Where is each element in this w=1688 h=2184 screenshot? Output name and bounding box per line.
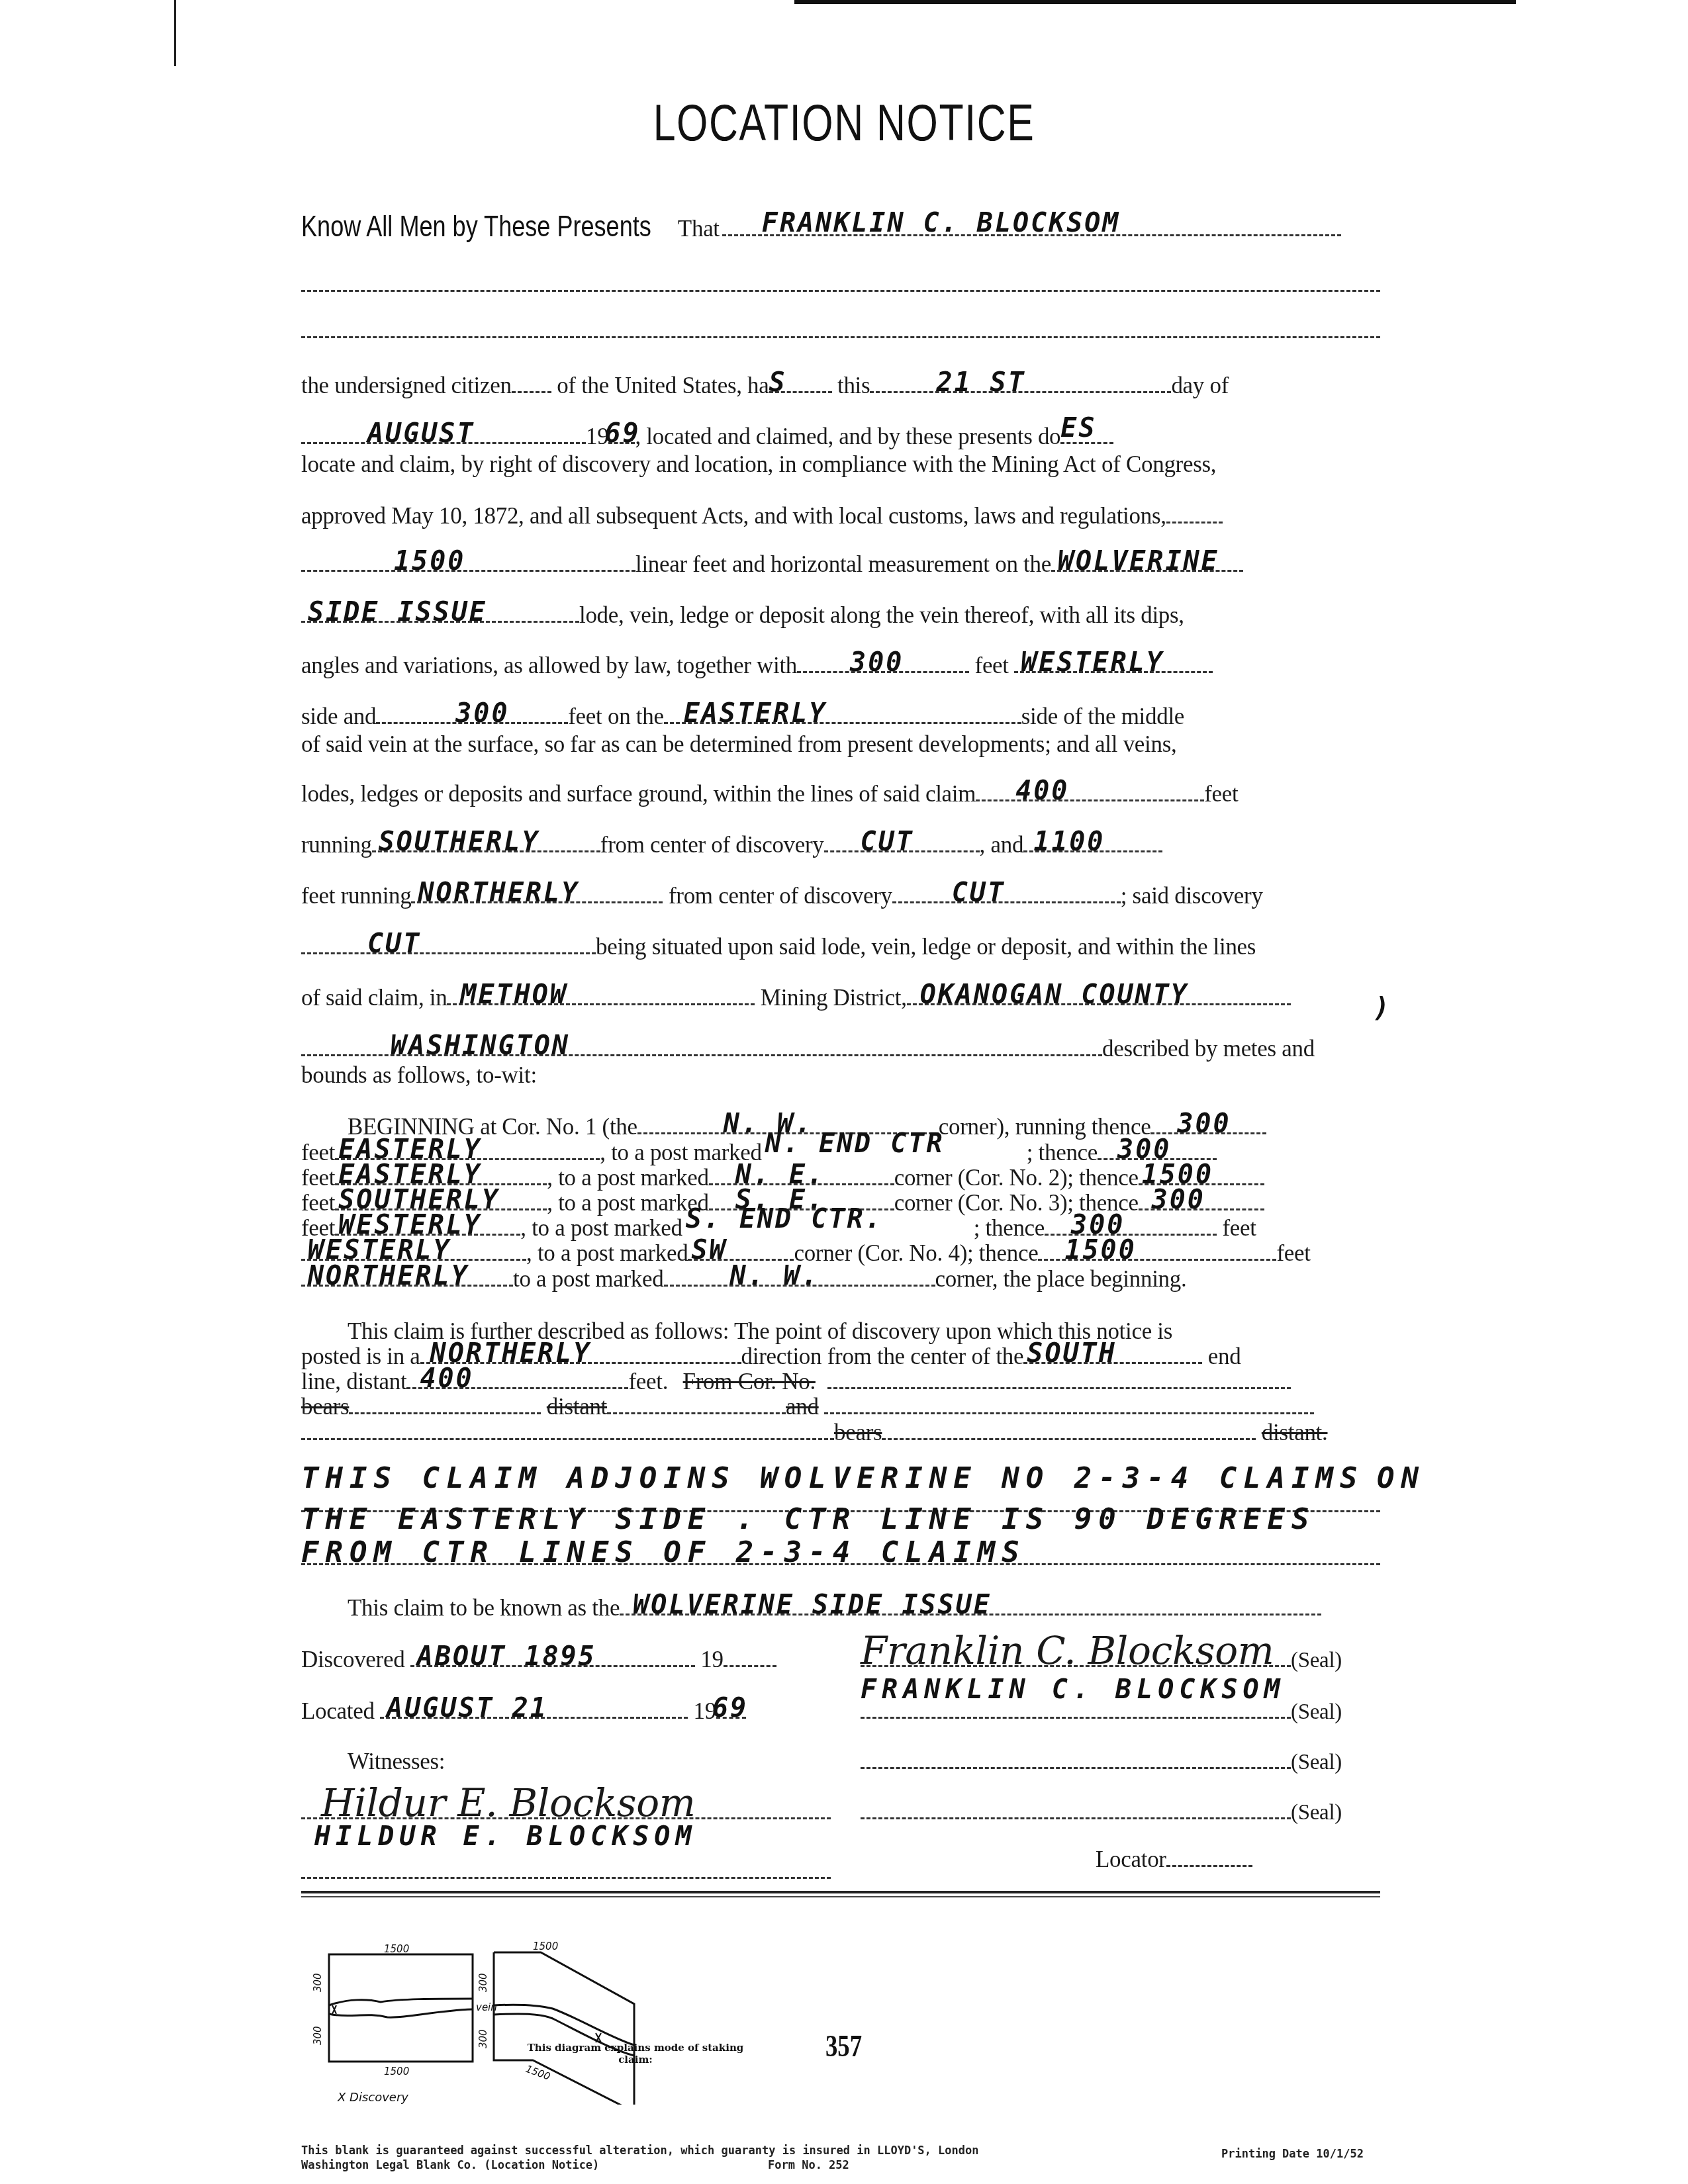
diagram-side-upper: 300 [312,1973,324,1992]
printing-date: Printing Date 10/1/52 [1221,2148,1364,2161]
located-year-field[interactable]: 69 [716,1698,746,1725]
para-line: lodes, ledges or deposits and surface gr… [301,781,1238,807]
staking-diagram: 1500 1500 300 300 vein 1500 1500 300 300… [301,1906,1029,2105]
note-line-1: THIS CLAIM ADJOINS WOLVERINE NO 2-3-4 CL… [301,1461,1364,1495]
locator-signature: Franklin C. Blocksom [861,1628,1274,1673]
discovery-legend: X Discovery [337,2091,408,2105]
para-line: AUGUST1969, located and claimed, and by … [301,424,1113,450]
metes-dir-field[interactable]: NORTHERLY [301,1266,513,1293]
para-line: of said claim, inMETHOW Mining District,… [301,985,1291,1011]
witness-printed-name: HILDUR E. BLOCKSOM [314,1821,696,1852]
para-line: side and300feet on theEASTERLYside of th… [301,704,1184,730]
metes-mark-field[interactable]: N. W. [664,1266,935,1293]
locator-line: Locator [1096,1846,1252,1873]
section-divider [301,1891,1380,1893]
run-feet-field-2[interactable]: 1100 [1023,832,1162,858]
discovery-field-2[interactable]: CUT [892,883,1121,909]
para-line: angles and variations, as allowed by law… [301,653,1213,679]
vein-lower [329,2009,473,2017]
page-title: LOCATION NOTICE [186,93,1503,153]
blank-rule [301,1563,1380,1565]
further-line: line, distant400feet. From Cor. No. [301,1369,1291,1395]
has-suffix-field[interactable]: S [769,373,832,399]
note-line-2: THE EASTERLY SIDE . CTR LINE IS 90 DEGRE… [301,1502,1316,1536]
discovered-field[interactable]: ABOUT 1895 [410,1647,695,1673]
run-feet-field-1[interactable]: 400 [976,781,1204,807]
lead-line: Know All Men by These Presents That FRAN… [301,210,1341,244]
section-divider [301,1896,1380,1897]
signature-line-4[interactable]: (Seal) [861,1799,1342,1825]
discovery-field-1[interactable]: CUT [824,832,980,858]
lead-printed: Know All Men by These Presents [301,210,651,244]
blank-rule [301,336,1380,338]
para-line: the undersigned citizen of the United St… [301,373,1229,399]
side-dir-field-2[interactable]: EASTERLY [664,704,1021,730]
witness-line-2[interactable] [301,1858,831,1885]
year-field[interactable]: 69 [608,424,635,450]
signature-line-3[interactable]: (Seal) [861,1749,1342,1775]
scan-edge-line [174,0,176,66]
claim-name-field[interactable]: WOLVERINE SIDE ISSUE [620,1595,1321,1621]
side-feet-field-2[interactable]: 300 [376,704,568,730]
run-dir-field-2[interactable]: NORTHERLY [411,883,663,909]
para-line: bounds as follows, to-wit: [301,1062,537,1089]
diagram-right-bottom-length: 1500 [524,2063,552,2083]
diagram-right-top-length: 1500 [533,1940,558,1952]
run-dir-field-1[interactable]: SOUTHERLY [372,832,600,858]
para-line: approved May 10, 1872, and all subsequen… [301,503,1223,529]
county-bracket: ) [1374,993,1391,1023]
para-line: CUTbeing situated upon said lode, vein, … [301,934,1256,960]
side-dir-field-1[interactable]: WESTERLY [1014,653,1213,679]
diagram-right-side-lower: 300 [477,2029,489,2048]
claim-rectangle [329,1954,473,2062]
discovery-field-3[interactable]: CUT [301,934,596,960]
located-line: Located AUGUST 21 1969 [301,1698,746,1725]
page-number: 357 [825,2028,862,2064]
mining-district-field[interactable]: METHOW [447,985,755,1011]
known-as-line: This claim to be known as theWOLVERINE S… [348,1595,1321,1621]
lead-that: That [678,216,720,242]
county-field[interactable]: OKANOGAN COUNTY [907,985,1291,1011]
witness-signature: Hildur E. Blocksom [321,1780,696,1825]
diagram-caption: This diagram explains mode of staking cl… [523,2042,748,2066]
metes-dist-field[interactable]: 1500 [1038,1240,1276,1267]
para-line: of said vein at the surface, so far as c… [301,731,1176,758]
further-line: bears distant. [301,1420,1328,1446]
guarantee-text: This blank is guaranteed against success… [301,2144,979,2158]
state-field[interactable]: WASHINGTON [301,1036,1102,1062]
locator-name-field[interactable]: FRANKLIN C. BLOCKSOM [722,228,1341,240]
publisher-text: Washington Legal Blank Co. (Location Not… [301,2159,599,2172]
discovery-distance-field[interactable]: 400 [406,1369,628,1395]
para-line: 1500linear feet and horizontal measureme… [301,551,1243,578]
diagram-bottom-length: 1500 [384,2066,409,2077]
day-field[interactable]: 21 ST [870,373,1171,399]
discovered-line: Discovered ABOUT 1895 19 [301,1647,776,1673]
metes-dist-field[interactable]: 300 [1139,1190,1264,1216]
metes-row: NORTHERLYto a post markedN. W.corner, th… [301,1266,1186,1293]
discovery-x-left [332,2005,336,2014]
witnesses-label: Witnesses: [348,1749,445,1775]
para-line: WASHINGTONdescribed by metes and [301,1036,1315,1062]
diagram-side-lower: 300 [312,2026,324,2045]
signature-line-2[interactable]: (Seal) [861,1698,1342,1725]
lode-name-field-1[interactable]: WOLVERINE [1051,551,1243,578]
signature-line-1[interactable]: Franklin C. Blocksom(Seal) [861,1647,1342,1673]
blank-rule [301,290,1380,292]
end-field[interactable]: SOUTH [1023,1343,1202,1370]
month-field[interactable]: AUGUST [301,424,586,450]
diagram-right-side-upper: 300 [477,1973,489,1992]
further-line: bears distantand [301,1394,1314,1420]
lode-name-field-2[interactable]: SIDE ISSUE [301,602,579,629]
para-line: SIDE ISSUElode, vein, ledge or deposit a… [301,602,1184,629]
para-line: locate and claim, by right of discovery … [301,451,1216,478]
located-field[interactable]: AUGUST 21 [380,1698,688,1725]
note-overflow: ON [1377,1461,1425,1495]
side-feet-field-1[interactable]: 300 [797,653,969,679]
does-suffix-field[interactable]: ES [1060,424,1113,450]
scan-top-bar [794,0,1516,4]
para-line: feet runningNORTHERLY from center of dis… [301,883,1263,909]
vein-upper [329,1999,473,2005]
claim-trapezoid [494,1952,634,2105]
form-number: Form No. 252 [768,2159,849,2172]
para-line: runningSOUTHERLYfrom center of discovery… [301,832,1162,858]
diagram-top-length: 1500 [384,1943,409,1955]
vein-label: vein [476,2001,497,2013]
linear-feet-field[interactable]: 1500 [301,551,635,578]
